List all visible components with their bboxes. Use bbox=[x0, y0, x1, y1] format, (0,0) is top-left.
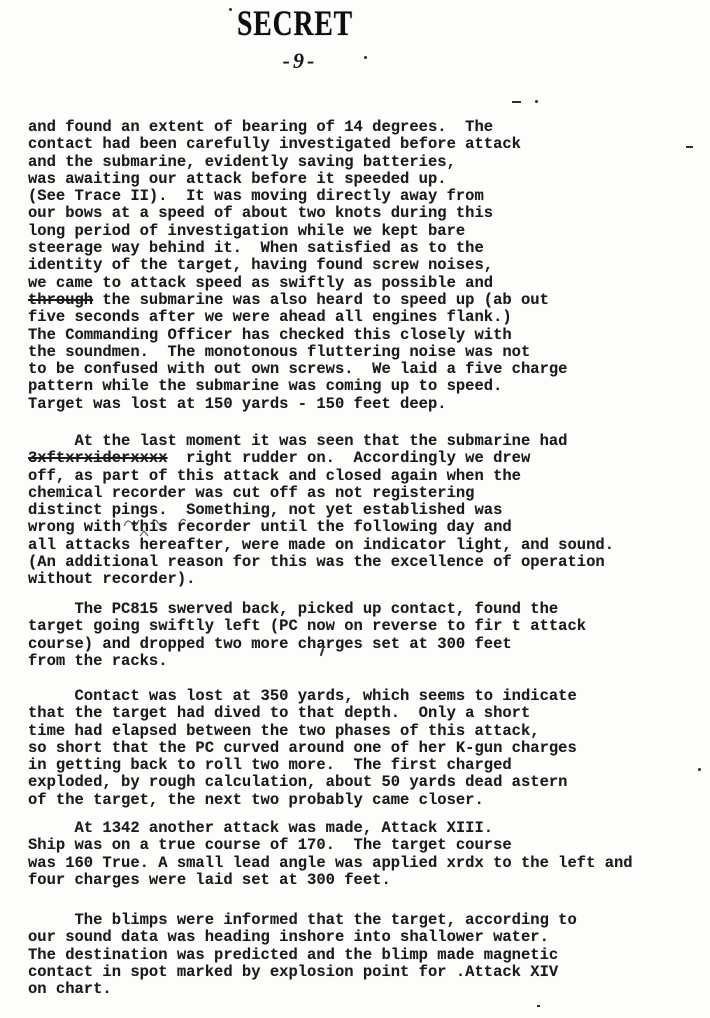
scan-speck bbox=[535, 100, 538, 103]
text-line: on chart. bbox=[28, 981, 577, 998]
text-line: to be confused with out own screws. We l… bbox=[28, 361, 568, 378]
text-line: the soundmen. The monotonous fluttering … bbox=[28, 344, 568, 361]
text-line: distinct pings. Something, not yet estab… bbox=[28, 502, 614, 519]
text-line: in getting back to roll two more. The fi… bbox=[28, 757, 577, 774]
struck-text: through bbox=[28, 291, 93, 309]
paragraph-5: At 1342 another attack was made, Attack … bbox=[28, 820, 633, 889]
text-line: 3xftxrxiderxxxx right rudder on. Accordi… bbox=[28, 450, 614, 467]
text-line: off, as part of this attack and closed a… bbox=[28, 468, 614, 485]
text-line: our bows at a speed of about two knots d… bbox=[28, 205, 568, 222]
text-line: of the target, the next two probably cam… bbox=[28, 792, 577, 809]
scan-speck bbox=[698, 768, 701, 771]
text-line: and found an extent of bearing of 14 deg… bbox=[28, 119, 568, 136]
text-line: target going swiftly left (PC now on rev… bbox=[28, 618, 586, 635]
text-line: At the last moment it was seen that the … bbox=[28, 433, 614, 450]
page-number: -9- bbox=[225, 48, 375, 74]
text-line: exploded, by rough calculation, about 50… bbox=[28, 774, 577, 791]
text-line: The PC815 swerved back, picked up contac… bbox=[28, 601, 586, 618]
text-line: our sound data was heading inshore into … bbox=[28, 929, 577, 946]
document-page: SECRET -9- and found an extent of bearin… bbox=[0, 0, 710, 1018]
text-segment: the submarine was also heard to speed up… bbox=[93, 291, 549, 309]
text-segment: right rudder on. Accordingly we drew bbox=[168, 449, 531, 467]
text-line: The blimps were informed that the target… bbox=[28, 912, 577, 929]
scan-speck bbox=[364, 56, 367, 59]
paragraph-4: Contact was lost at 350 yards, which see… bbox=[28, 688, 577, 809]
text-line: chemical recorder was cut off as not reg… bbox=[28, 485, 614, 502]
text-line: was 160 True. A small lead angle was app… bbox=[28, 855, 633, 872]
paragraph-1: and found an extent of bearing of 14 deg… bbox=[28, 119, 568, 413]
text-line: contact in spot marked by explosion poin… bbox=[28, 964, 577, 981]
text-line: (See Trace II). It was moving directly a… bbox=[28, 188, 568, 205]
text-line: course) and dropped two more charges set… bbox=[28, 636, 586, 653]
text-line: that the target had dived to that depth.… bbox=[28, 705, 577, 722]
text-line: contact had been carefully investigated … bbox=[28, 136, 568, 153]
text-line: Contact was lost at 350 yards, which see… bbox=[28, 688, 577, 705]
classification-stamp: SECRET bbox=[236, 5, 354, 45]
text-line: time had elapsed between the two phases … bbox=[28, 723, 577, 740]
text-line: through the submarine was also heard to … bbox=[28, 292, 568, 309]
text-line: five seconds after we were ahead all eng… bbox=[28, 309, 568, 326]
text-line: The Commanding Officer has checked this … bbox=[28, 327, 568, 344]
text-line: Target was lost at 150 yards - 150 feet … bbox=[28, 396, 568, 413]
scan-speck bbox=[686, 146, 693, 148]
text-line: pattern while the submarine was coming u… bbox=[28, 378, 568, 395]
text-line: (An additional reason for this was the e… bbox=[28, 554, 614, 571]
text-line: At 1342 another attack was made, Attack … bbox=[28, 820, 633, 837]
text-line: was awaiting our attack before it speede… bbox=[28, 171, 568, 188]
text-line: four charges were laid set at 300 feet. bbox=[28, 872, 633, 889]
scan-speck bbox=[229, 8, 232, 11]
text-line: from the racks. bbox=[28, 653, 586, 670]
paragraph-2: At the last moment it was seen that the … bbox=[28, 433, 614, 589]
text-line: The destination was predicted and the bl… bbox=[28, 947, 577, 964]
scan-speck bbox=[512, 101, 521, 103]
text-line: steerage way behind it. When satisfied a… bbox=[28, 240, 568, 257]
struck-text: 3xftxrxiderxxxx bbox=[28, 449, 168, 467]
text-line: all attacks hereafter, were made on indi… bbox=[28, 537, 614, 554]
text-line: identity of the target, having found scr… bbox=[28, 257, 568, 274]
text-line: and the submarine, evidently saving batt… bbox=[28, 154, 568, 171]
text-line: so short that the PC curved around one o… bbox=[28, 740, 577, 757]
paragraph-3: The PC815 swerved back, picked up contac… bbox=[28, 601, 586, 670]
text-line: wrong with this recorder until the follo… bbox=[28, 519, 614, 536]
scan-speck bbox=[537, 1005, 540, 1007]
pencil-annotation bbox=[120, 514, 198, 538]
text-line: without recorder). bbox=[28, 571, 614, 588]
text-line: Ship was on a true course of 170. The ta… bbox=[28, 837, 633, 854]
text-line: we came to attack speed as swiftly as po… bbox=[28, 275, 568, 292]
text-line: long period of investigation while we ke… bbox=[28, 223, 568, 240]
paragraph-6: The blimps were informed that the target… bbox=[28, 912, 577, 998]
